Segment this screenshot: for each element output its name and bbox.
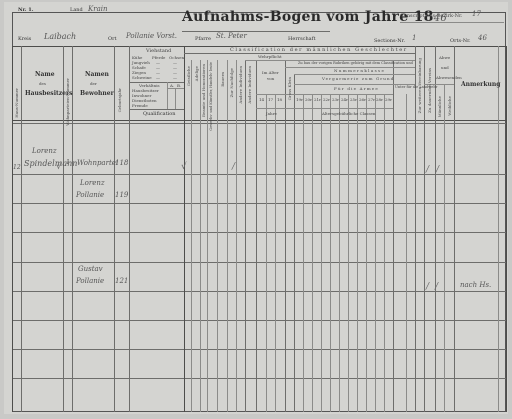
class-col-header: Gewerbs- und Künstler, Handels- leute [209,62,213,131]
title-underline [182,31,330,32]
verhaeltnis-rule [167,88,184,89]
col-line [506,46,507,412]
check-mark: / [426,165,429,175]
orts-value: 46 [478,35,487,42]
classification-rule [184,53,415,54]
bewohner-header-1: Namen [85,72,109,78]
zu-bau-header: Zu bau der vorigen Rubriken gehörig mit … [298,62,413,66]
altersklasse: 28r [376,98,383,102]
land-label: Land [70,8,83,13]
col-line [72,46,73,412]
orts-label: Orts-Nr. [450,39,471,44]
check-mark: / [232,162,235,172]
hausbesitzer-firstname: Lorenz [32,148,57,155]
geburtsjahr-value: 121 [115,278,128,285]
row-rule [12,262,506,263]
class-col-header: Andere Individuen [238,66,243,104]
col-line [444,84,445,412]
anmerkung-value: nach Hs. [460,282,491,289]
haus-nr-value: 12 [13,165,21,171]
col-line [415,46,416,412]
col-line [12,46,13,412]
altersklasse: 20r [305,98,312,102]
row-rule [12,378,506,379]
col-line [312,94,313,412]
vergarmerie-header: Vergarmerie zum Grund [322,77,394,81]
bewohner-value: Wohnpartei [77,160,118,167]
header-bottom-rule [12,120,506,121]
sections-label: Sections-Nr. [374,39,405,44]
bemerk-col-header: Zu dauernden Vereins [427,68,432,113]
col-line [435,46,436,412]
col-line [424,46,425,412]
row-rule [12,291,506,292]
fuer-die-armee-header: Für die Armee [334,87,379,91]
row-rule [12,174,506,175]
header-bottom-rule-2 [12,123,506,124]
check-mark: √ [181,162,187,172]
title-text: Aufnahms-Bogen vom Jahre 18 [182,9,434,25]
herrschaft-label: Herrschaft [288,37,316,42]
age-col: 14 [259,98,264,102]
jahre-label: Jahre [266,112,277,116]
altersklasse: 22r [323,98,330,102]
age-col: 17 [268,98,273,102]
class-col-header: Zur Nachfolge [229,68,234,97]
verhaeltnis-col-b: B. [177,84,181,88]
altersklasse: 27r [368,98,375,102]
sub-rule [256,94,393,95]
col-line [406,94,407,412]
col-line [285,60,286,412]
class-col-header: Beamte und Honoratioren [201,64,206,117]
classification-title: Classification der männlichen Geschlecht… [230,48,408,53]
sheet-number: Nr. 1. [18,8,33,13]
census-sheet: Nr. 1. Land Krain Aufnahms-Bogen vom Jah… [4,2,508,414]
col-line [275,94,276,412]
col-line [454,46,455,412]
col-line [330,94,331,412]
age-col: 18 [277,98,282,102]
kreis-value: Laibach [44,33,76,41]
pfarre-value: St. Peter [216,33,247,40]
verhaeltnis-split [167,82,168,109]
abwesend-header-2: und [441,66,449,70]
col-line [393,60,394,412]
col-line [357,94,358,412]
abwesend-header-3: Abwesenden [436,76,462,80]
wohnpartei-header: Wohnparteien-Nummer [65,78,70,126]
conscription-value: 17 [472,11,481,18]
hausbesitzer-header-1: Name [35,72,55,78]
row-rule [12,232,506,233]
geburtsjahr-value: 118 [115,160,128,167]
sub-rule [294,74,415,75]
col-line [63,46,64,412]
abwesend-header-1: Abwe [439,56,450,60]
viehstand-row-a: — [156,76,160,80]
row-rule [12,203,506,204]
col-line [114,46,115,412]
viehstand-row-label: Schweine [132,76,152,80]
col-line [321,94,322,412]
altersklasse: 24r [341,98,348,102]
geburtsjahr-value: 119 [115,192,128,199]
altersklasse: 26r [359,98,366,102]
gross-klein-header: Gross Klein [287,77,292,100]
verhaeltnis-row: Fremde [132,104,148,108]
bemerk-col-header: Zur weiteren Vereinbarung [417,58,422,113]
bewohner-firstname: Lorenz [80,180,105,187]
conscription-underline [400,22,504,23]
altersklasse: 25r [350,98,357,102]
class-col-header: Bauern [220,72,225,87]
col-line [236,60,237,412]
wohnpartei-value: 1 [66,160,70,166]
check-mark: / [435,282,438,292]
anmerkung-header: Anmerkung [461,82,500,88]
altersklasse: 23r [332,98,339,102]
abwesend-col: Männliche [437,96,442,117]
check-mark: / [436,165,439,175]
ort-label: Ort [108,37,117,42]
col-line [129,46,130,412]
land-value: Krain [88,6,108,13]
class-col-header: Geistliche [186,66,191,86]
haus-nummer-header: Haus-Nummer [14,88,19,118]
col-line [498,46,499,412]
col-line [348,94,349,412]
altersklasse: 21r [314,98,321,102]
verhaeltnis-split [175,88,176,109]
bewohner-header-3: Bewohner [80,91,114,97]
row-rule [12,320,506,321]
col-line [256,60,257,412]
col-line [217,60,218,412]
sections-value: 1 [412,35,416,42]
qualification-header: Qualification [143,112,175,117]
qualification-rule [129,109,184,110]
col-line [294,74,295,412]
sub-rule [256,108,393,109]
altersklasse: 29r [385,98,392,102]
hausbesitzer-header-2: des [39,82,46,86]
check-mark: / [426,282,429,292]
kreis-label: Kreis [18,37,31,42]
nummernklasse-header: Nummernklasse [334,69,385,73]
col-line [207,60,208,412]
class-col-header: Adelige [194,66,199,81]
col-line [245,60,246,412]
ort-value: Pollanie Vorst. [126,33,177,40]
col-line [184,46,185,412]
altersgebuehrliche-label: Altersgebührliche Classen [322,112,375,116]
viehstand-title: Viehstand [146,49,171,54]
pfarre-label: Pfarre [195,37,211,42]
col-line [191,60,192,412]
check-mark: √ [56,162,62,172]
col-line [266,94,267,412]
im-alter-header: Im Alter [262,71,279,75]
altersklasse: 19r [296,98,303,102]
col-line [227,60,228,412]
bewohner-header-2: der [90,82,97,86]
col-line [339,94,340,412]
bewohner-surname: Pollanie [76,192,104,199]
col-line [366,94,367,412]
geburtsjahr-header: Geburtsjahr [117,88,122,112]
col-line [303,94,304,412]
bewohner-surname: Pollanie [76,278,104,285]
mannschaft-header: Wehrpflicht [258,55,282,59]
verhaeltnis-col-a: A. [170,84,174,88]
viehstand-row-b: — [173,76,177,80]
im-alter-von: von [267,77,274,81]
abwesend-col: Weibliche [447,96,452,116]
col-line [375,94,376,412]
col-line [384,94,385,412]
col-line [21,46,22,412]
bewohner-firstname: Gustav [78,266,103,273]
ledig-header: Andere Individuen [247,66,252,104]
row-rule [12,349,506,350]
conscription-label: Conscriptions-Bezirk-Nr. [400,14,462,19]
